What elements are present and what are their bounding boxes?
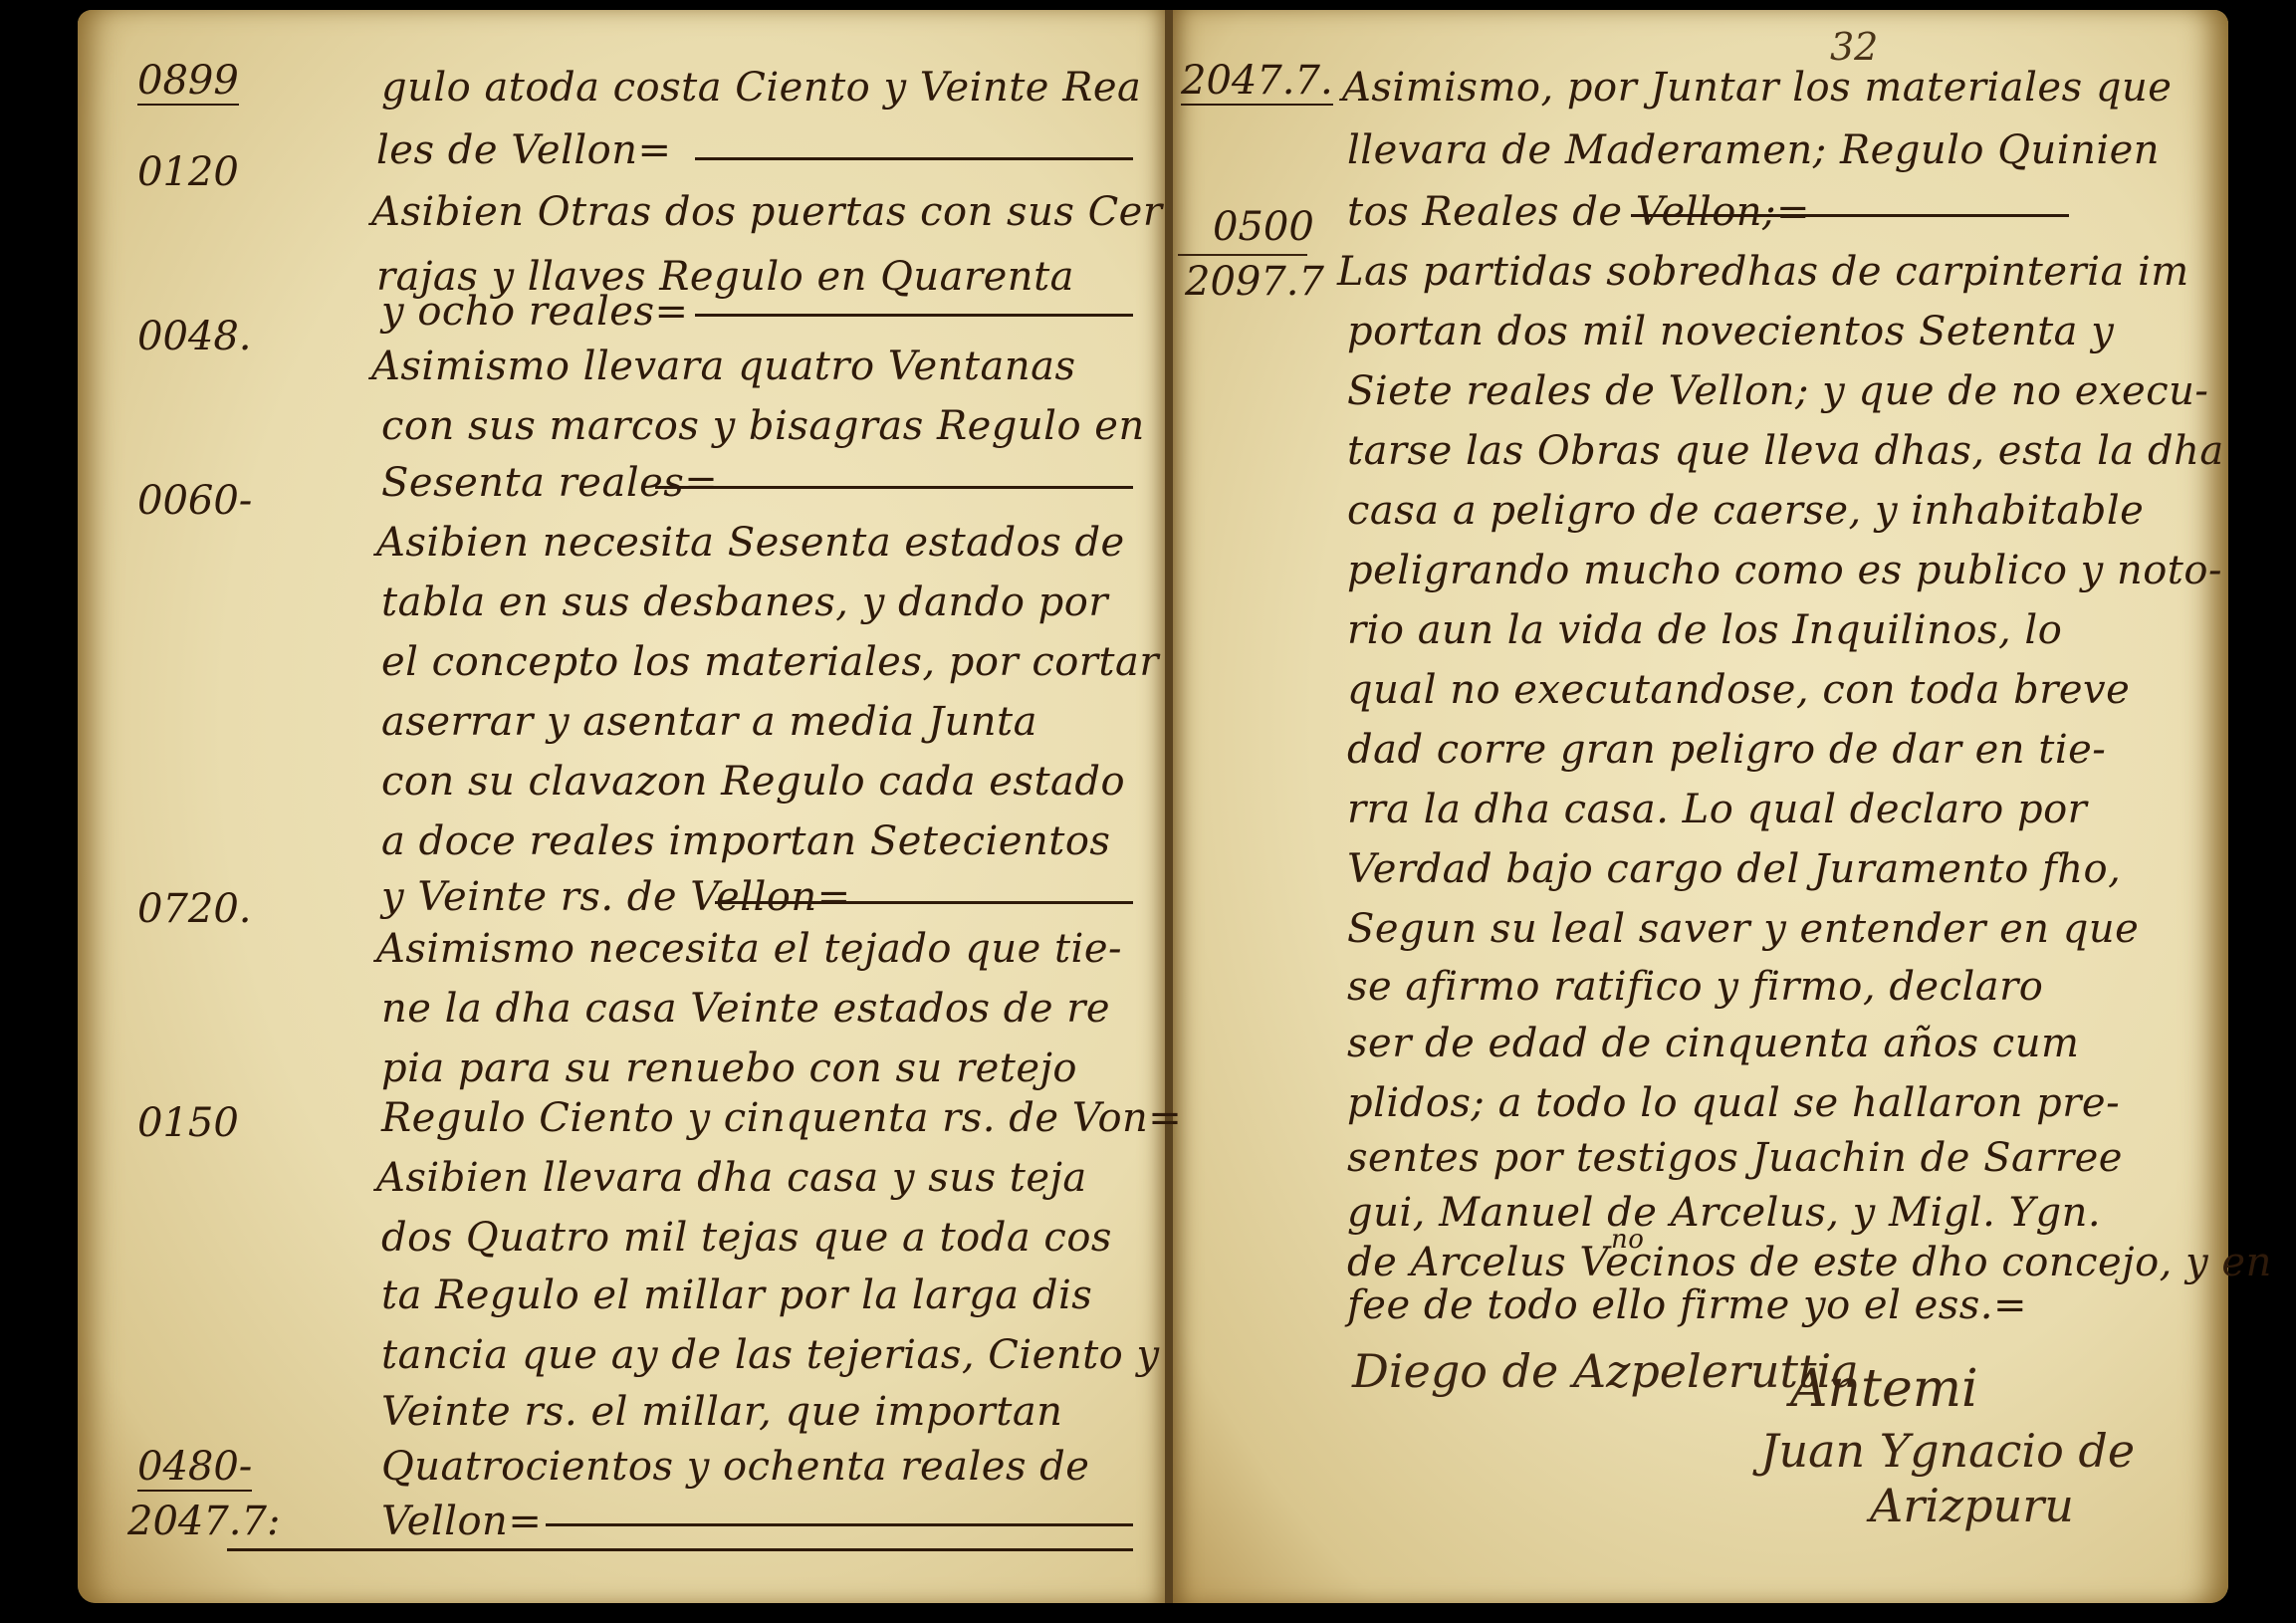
margin-amount: 0480-: [137, 1444, 252, 1492]
margin-amount: 0048.: [137, 314, 252, 359]
manuscript-line: y Veinte rs. de Vellon=: [381, 874, 851, 920]
margin-amount: 0500: [1213, 204, 1314, 250]
manuscript-line: Asimismo, por Juntar los materiales que: [1342, 65, 2172, 111]
line-fill-rule: [695, 314, 1133, 317]
margin-total: 2097.7: [1185, 259, 1324, 305]
manuscript-line: fee de todo ello firme yo el ess.=: [1347, 1282, 2027, 1328]
manuscript-line: Las partidas sobredhas de carpinteria im: [1337, 249, 2189, 295]
manuscript-line: llevara de Maderamen; Regulo Quinien: [1347, 127, 2160, 173]
manuscript-line: tarse las Obras que lleva dhas, esta la …: [1347, 428, 2224, 474]
margin-amount: 0150: [137, 1100, 239, 1146]
margin-amount: 0120: [137, 149, 239, 195]
signature: Juan Ygnacio de: [1760, 1424, 2135, 1478]
line-fill-rule: [695, 157, 1133, 160]
line-fill-rule: [715, 901, 1133, 904]
margin-amount: 0720.: [137, 886, 252, 932]
manuscript-line: rio aun la vida de los Inquilinos, lo: [1347, 607, 2062, 653]
manuscript-line: dad corre gran peligro de dar en tie-: [1347, 727, 2106, 773]
manuscript-line: con su clavazon Regulo cada estado: [381, 759, 1125, 805]
manuscript-line: pia para su renuebo con su retejo: [381, 1045, 1077, 1091]
manuscript-line: portan dos mil novecientos Setenta y: [1347, 309, 2114, 354]
line-fill-rule: [546, 1523, 1133, 1526]
manuscript-line: Vellon=: [381, 1499, 542, 1544]
manuscript-line: Siete reales de Vellon; y que de no exec…: [1347, 368, 2208, 414]
interlinear-note: no: [1611, 1225, 1644, 1255]
line-fill-rule: [655, 486, 1133, 489]
manuscript-line: Asibien necesita Sesenta estados de: [376, 520, 1125, 566]
manuscript-line: tos Reales de Vellon;=: [1347, 189, 1810, 235]
margin-amount: 0060-: [137, 478, 252, 524]
manuscript-line: aserrar y asentar a media Junta: [381, 699, 1037, 745]
manuscript-line: el concepto los materiales, por cortar: [381, 639, 1159, 685]
manuscript-line: de Arcelus Vecinos de este dho concejo, …: [1347, 1240, 2272, 1285]
manuscript-line: Asibien Otras dos puertas con sus Cer: [371, 189, 1162, 235]
manuscript-line: Veinte rs. el millar, que importan: [381, 1389, 1062, 1435]
manuscript-line: qual no executandose, con toda breve: [1347, 667, 2130, 713]
manuscript-line: gulo atoda costa Ciento y Veinte Rea: [381, 65, 1141, 111]
manuscript-line: les de Vellon=: [376, 127, 672, 173]
margin-amount: 0899: [137, 58, 239, 106]
signature: Diego de Azpeleruttia: [1352, 1344, 1859, 1398]
manuscript-line: con sus marcos y bisagras Regulo en: [381, 403, 1145, 449]
margin-amount: 2047.7.: [1181, 58, 1333, 106]
manuscript-line: sentes por testigos Juachin de Sarree: [1347, 1135, 2123, 1181]
manuscript-line: casa a peligro de caerse, y inhabitable: [1347, 488, 2144, 534]
manuscript-line: a doce reales importan Setecientos: [381, 818, 1110, 864]
signature: Antemi: [1790, 1359, 1978, 1419]
signature: Arizpuru: [1870, 1479, 2074, 1532]
manuscript-line: rra la dha casa. Lo qual declaro por: [1347, 787, 2087, 832]
manuscript-line: plidos; a todo lo qual se hallaron pre-: [1347, 1080, 2120, 1126]
manuscript-line: ne la dha casa Veinte estados de re: [381, 986, 1110, 1032]
manuscript-line: tabla en sus desbanes, y dando por: [381, 580, 1108, 625]
manuscript-line: Asimismo llevara quatro Ventanas: [371, 344, 1075, 389]
manuscript-line: Asimismo necesita el tejado que tie-: [376, 926, 1122, 972]
line-fill-rule: [1631, 214, 2069, 217]
manuscript-line: Verdad bajo cargo del Juramento fho,: [1347, 846, 2121, 892]
margin-sum-rule: [1178, 254, 1307, 256]
manuscript-line: Asibien llevara dha casa y sus teja: [376, 1155, 1087, 1201]
manuscript-line: y ocho reales=: [381, 289, 689, 335]
manuscript-line: ser de edad de cinquenta años cum: [1347, 1021, 2079, 1066]
manuscript-line: Quatrocientos y ochenta reales de: [381, 1444, 1089, 1490]
manuscript-line: ta Regulo el millar por la larga dis: [381, 1273, 1092, 1318]
manuscript-line: tancia que ay de las tejerias, Ciento y: [381, 1332, 1160, 1378]
folio-number: 32: [1830, 25, 1878, 69]
manuscript-line: Sesenta reales=: [381, 460, 718, 506]
manuscript-line: gui, Manuel de Arcelus, y Migl. Ygn.: [1347, 1190, 2101, 1236]
margin-total: 2047.7:: [127, 1499, 280, 1544]
manuscript-line: Regulo Ciento y cinquenta rs. de Von=: [381, 1095, 1182, 1141]
manuscript-line: dos Quatro mil tejas que a toda cos: [381, 1215, 1112, 1261]
manuscript-line: peligrando mucho como es publico y noto-: [1347, 548, 2222, 593]
manuscript-line: Segun su leal saver y entender en que: [1347, 906, 2139, 952]
closing-rule: [227, 1548, 1133, 1551]
open-manuscript-book: 0899 0120 0048. 0060- 0720. 0150 0480- 2…: [78, 10, 2228, 1613]
manuscript-line: se afirmo ratifico y firmo, declaro: [1347, 964, 2043, 1010]
